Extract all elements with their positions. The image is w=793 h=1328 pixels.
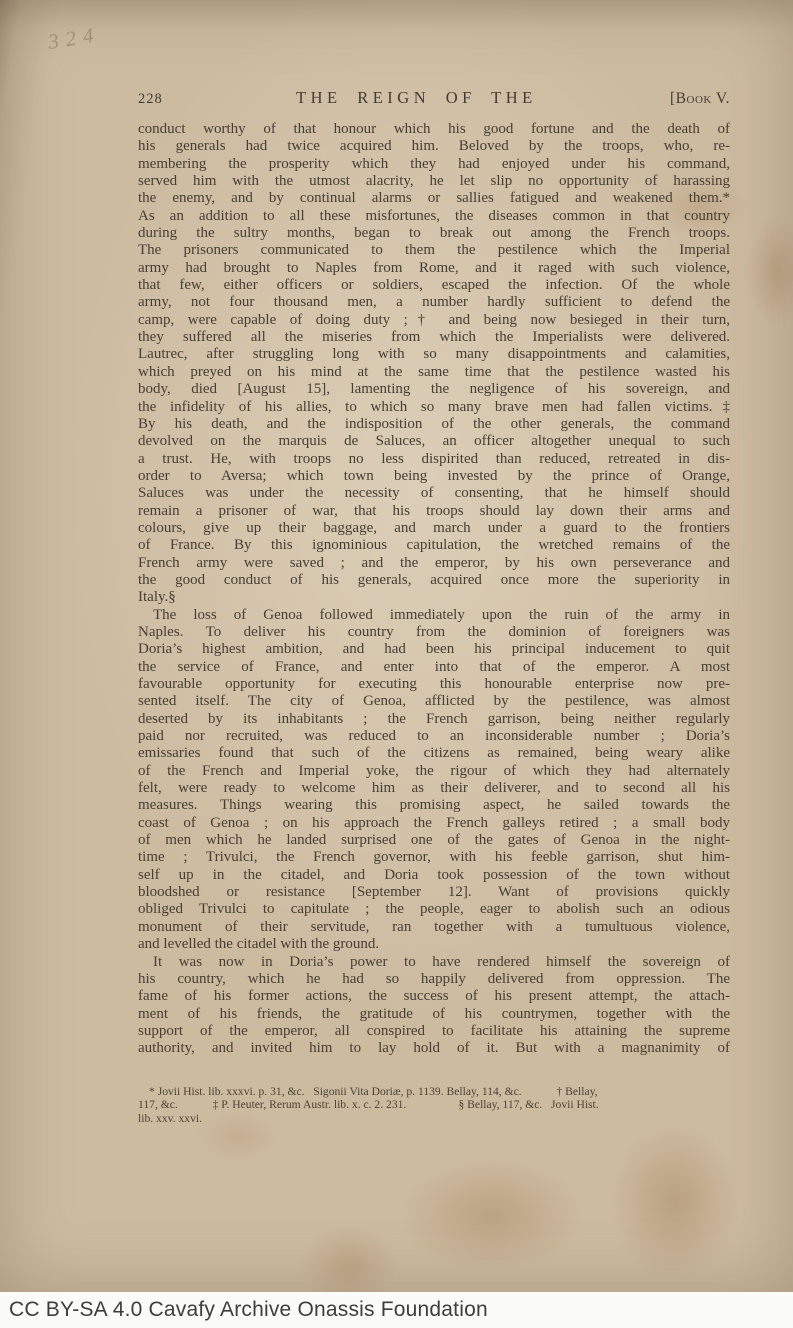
footnote-line: lib. xxv. xxvi. [138, 1112, 730, 1126]
text-line: measures. Things wearing this promising … [138, 797, 730, 814]
text-block: conduct worthy of that honour which his … [138, 121, 730, 1126]
text-line: Italy.§ [138, 589, 730, 606]
text-line: colours, give up their baggage, and marc… [138, 520, 730, 537]
text-line: camp, were capable of doing duty ;† and … [138, 312, 730, 329]
text-line: a trust. He, with troops no less dispiri… [138, 451, 730, 468]
text-line: body, died [August 15], lamenting the ne… [138, 381, 730, 398]
text-line: served him with the utmost alacrity, he … [138, 173, 730, 190]
license-strip: CC BY-SA 4.0 Cavafy Archive Onassis Foun… [0, 1292, 793, 1328]
text-line: the infidelity of his allies, to which s… [138, 399, 730, 416]
text-line: obliged Trivulci to capitulate ; the peo… [138, 901, 730, 918]
text-line: The loss of Genoa followed immediately u… [138, 607, 730, 624]
text-line: bloodshed or resistance [September 12]. … [138, 884, 730, 901]
text-line: By his death, and the indisposition of t… [138, 416, 730, 433]
text-line: which preyed on his mind at the same tim… [138, 364, 730, 381]
text-line: of men which he landed surprised one of … [138, 832, 730, 849]
text-line: the good conduct of his generals, acquir… [138, 572, 730, 589]
text-line: conduct worthy of that honour which his … [138, 121, 730, 138]
footnote-line: * Jovii Hist. lib. xxxvi. p. 31, &c. Sig… [138, 1085, 730, 1099]
footnotes: * Jovii Hist. lib. xxxvi. p. 31, &c. Sig… [138, 1085, 730, 1127]
paragraph-1: conduct worthy of that honour which his … [138, 121, 730, 607]
text-line: fame of his former actions, the success … [138, 988, 730, 1005]
text-line: monument of their servitude, ran togethe… [138, 919, 730, 936]
text-line: Doria’s highest ambition, and had been h… [138, 641, 730, 658]
text-line: during the sultry months, began to break… [138, 225, 730, 242]
text-line: As an addition to all these misfortunes,… [138, 208, 730, 225]
text-line: his generals had twice acquired him. Bel… [138, 138, 730, 155]
running-title: THE REIGN OF THE [163, 88, 670, 108]
text-line: self up in the citadel, and Doria took p… [138, 867, 730, 884]
text-line: of France. By this ignominious capitulat… [138, 537, 730, 554]
text-line: remain a prisoner of war, that his troop… [138, 503, 730, 520]
running-header: 228 THE REIGN OF THE [Book V. [138, 88, 730, 108]
text-line: membering the prosperity which they had … [138, 156, 730, 173]
page-number: 228 [138, 91, 163, 108]
text-line: emissaries found that such of the citize… [138, 745, 730, 762]
text-line: It was now in Doria’s power to have rend… [138, 954, 730, 971]
text-line: felt, were ready to welcome him as their… [138, 780, 730, 797]
text-line: Saluces was under the necessity of conse… [138, 485, 730, 502]
text-line: support of the emperor, all conspired to… [138, 1023, 730, 1040]
footnote-line: 117, &c. ‡ P. Heuter, Rerum Austr. lib. … [138, 1098, 730, 1112]
handwritten-pencil-number: 324 [46, 22, 102, 55]
license-text: CC BY-SA 4.0 Cavafy Archive Onassis Foun… [0, 1298, 488, 1322]
text-line: French army were saved ; and the emperor… [138, 555, 730, 572]
text-line: deserted by its inhabitants ; the French… [138, 711, 730, 728]
text-line: favourable opportunity for executing thi… [138, 676, 730, 693]
text-line: they suffered all the miseries from whic… [138, 329, 730, 346]
screenshot: 324 228 THE REIGN OF THE [Book V. conduc… [0, 0, 793, 1328]
text-line: that few, either officers or soldiers, e… [138, 277, 730, 294]
text-line: army, not four thousand men, a number ha… [138, 294, 730, 311]
text-line: sented itself. The city of Genoa, afflic… [138, 693, 730, 710]
text-line: and levelled the citadel with the ground… [138, 936, 730, 953]
text-line: devolved on the marquis de Saluces, an o… [138, 433, 730, 450]
text-line: the enemy, and by continual alarms or sa… [138, 190, 730, 207]
text-line: army had brought to Naples from Rome, an… [138, 260, 730, 277]
text-line: The prisoners communicated to them the p… [138, 242, 730, 259]
text-line: ment of his friends, the gratitude of hi… [138, 1006, 730, 1023]
book-label: [Book V. [670, 90, 730, 108]
text-line: the service of France, and enter into th… [138, 659, 730, 676]
paragraph-2: The loss of Genoa followed immediately u… [138, 607, 730, 954]
text-line: Naples. To deliver his country from the … [138, 624, 730, 641]
text-line: time ; Trivulci, the French governor, wi… [138, 849, 730, 866]
text-line: order to Aversa; which town being invest… [138, 468, 730, 485]
text-line: coast of Genoa ; on his approach the Fre… [138, 815, 730, 832]
text-line: Lautrec, after struggling long with so m… [138, 346, 730, 363]
text-line: of the French and Imperial yoke, the rig… [138, 763, 730, 780]
text-line: paid nor recruited, was reduced to an in… [138, 728, 730, 745]
paragraph-3: It was now in Doria’s power to have rend… [138, 954, 730, 1058]
text-line: his country, which he had so happily del… [138, 971, 730, 988]
book-page: 324 228 THE REIGN OF THE [Book V. conduc… [0, 0, 793, 1292]
text-line: authority, and invited him to lay hold o… [138, 1040, 730, 1057]
